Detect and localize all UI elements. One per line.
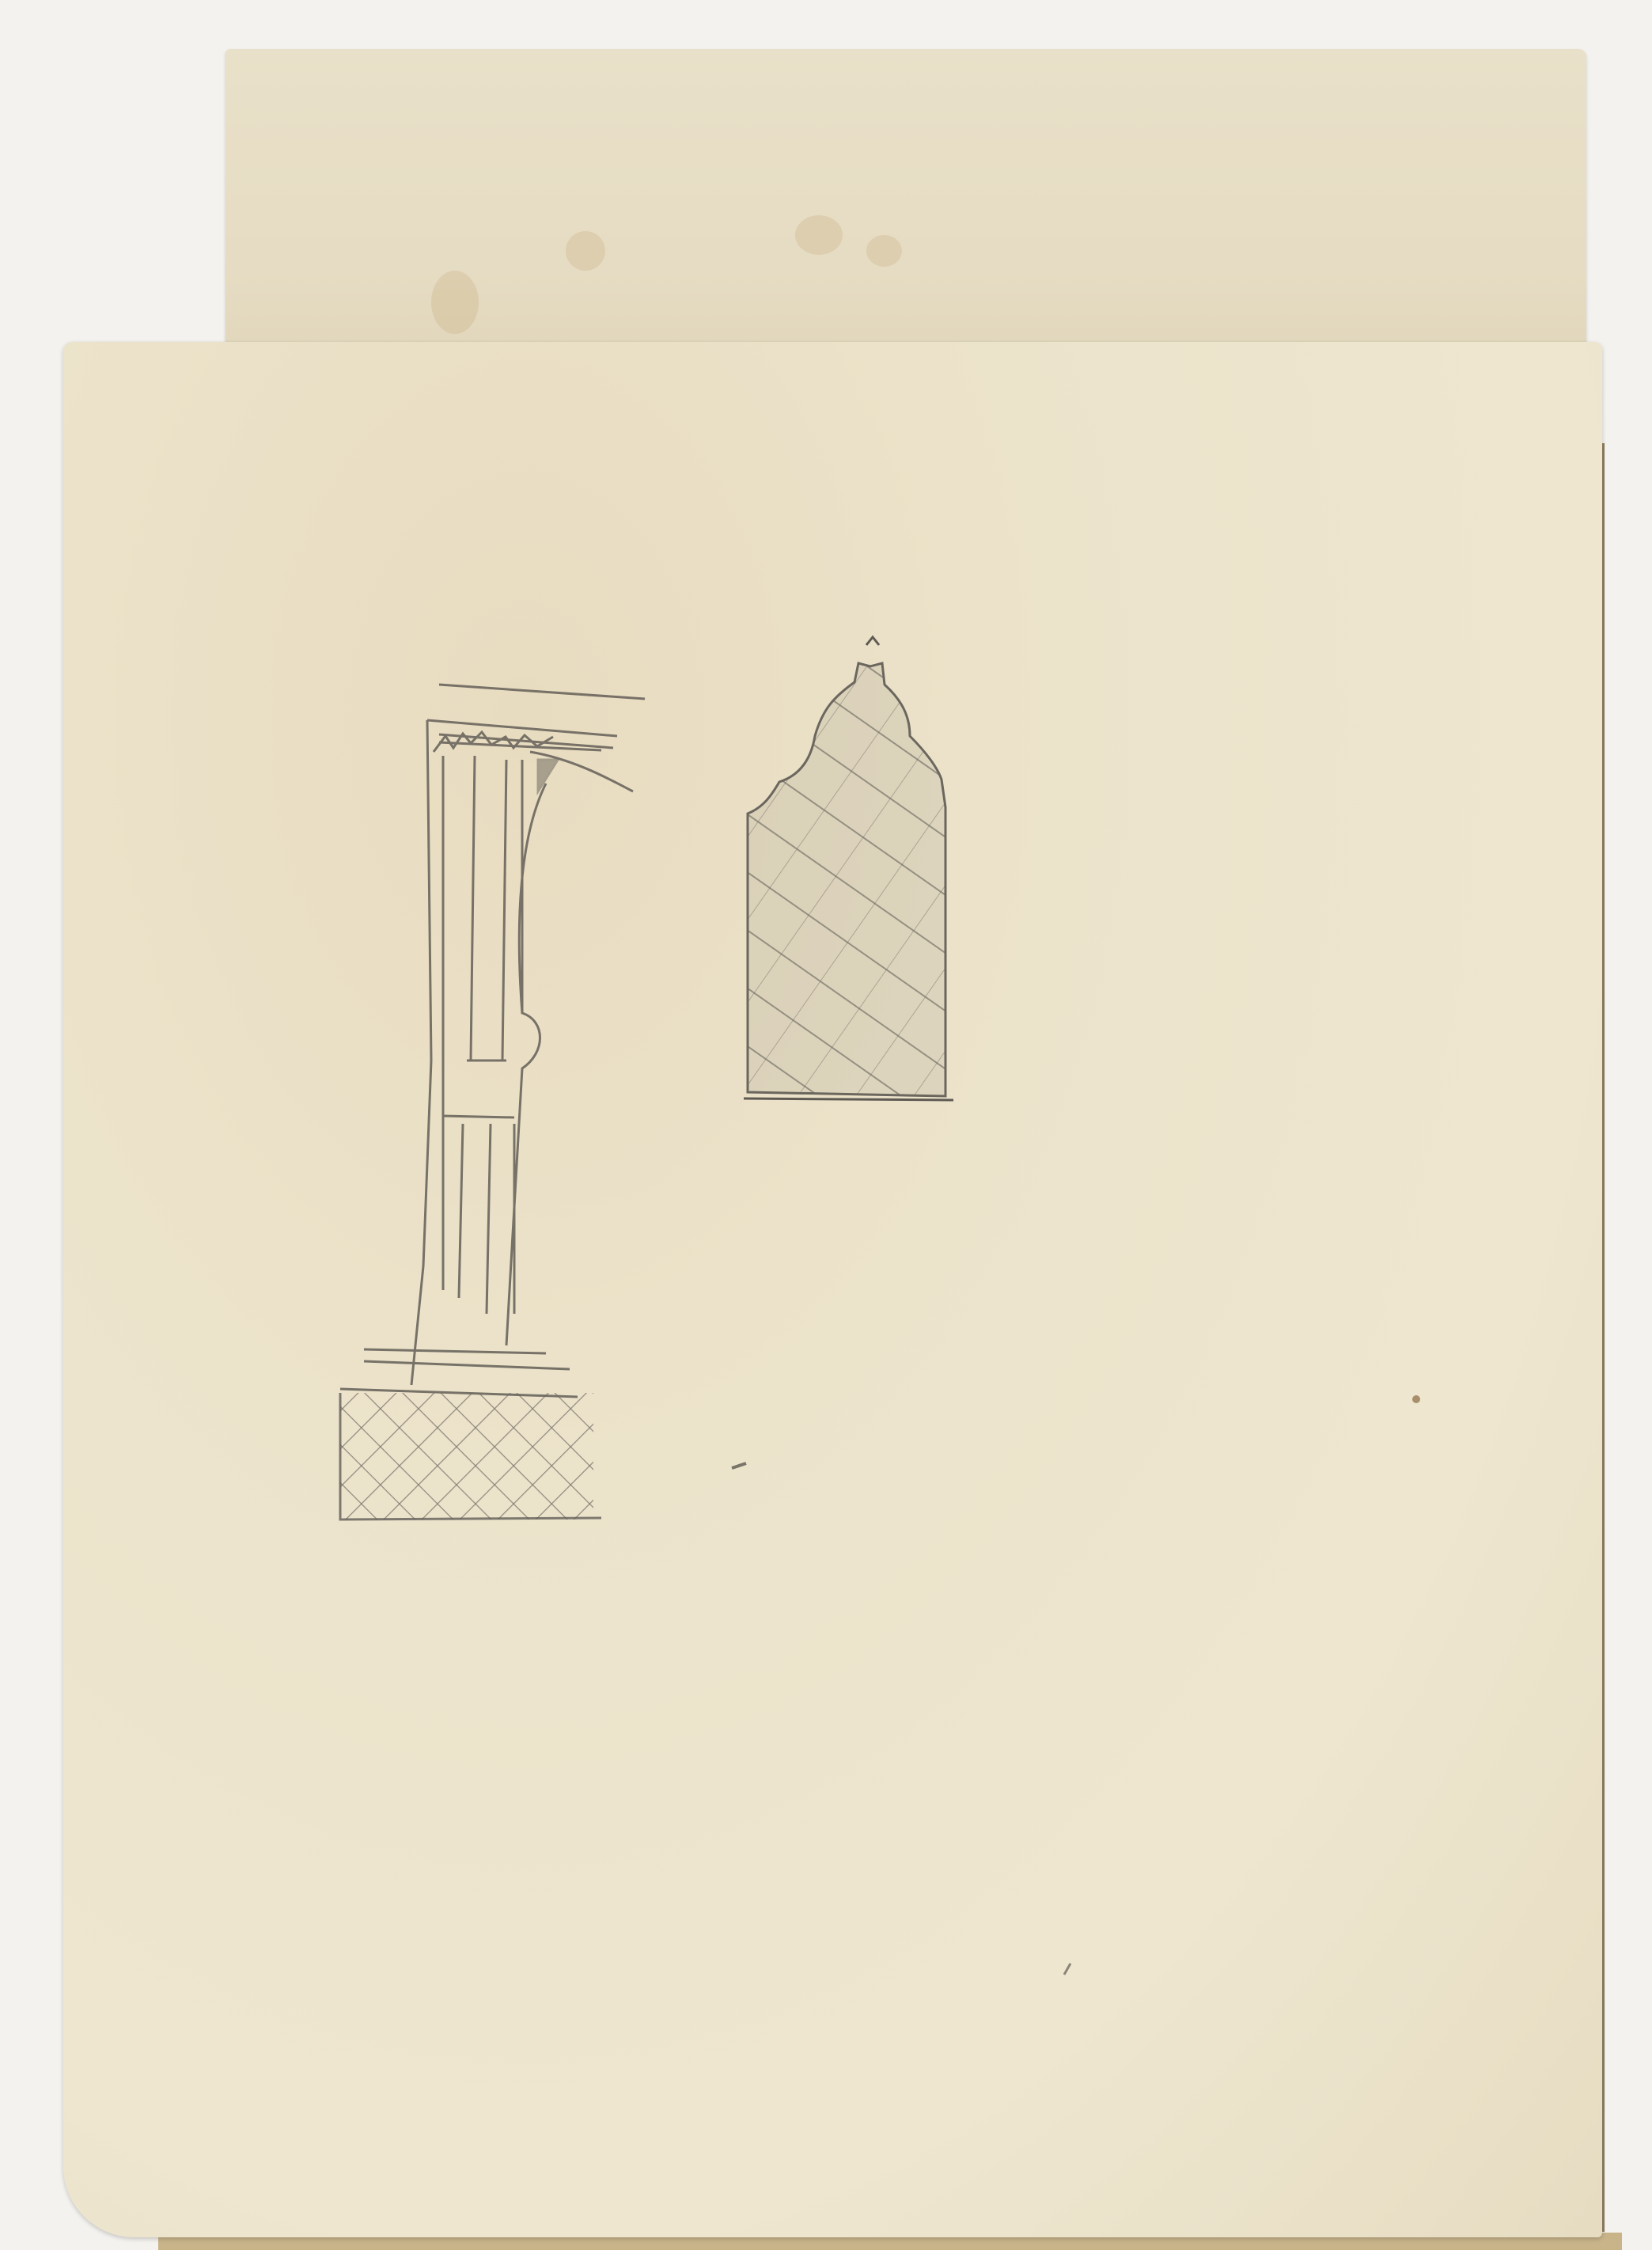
column-sketch [340,685,645,1397]
pencil-sketches [0,0,1652,2250]
sketchbook-scene [0,0,1652,2250]
column-base-crosshatch [340,1393,593,1520]
paper-spot [1412,1395,1420,1403]
lattice-window-sketch [744,637,953,1100]
